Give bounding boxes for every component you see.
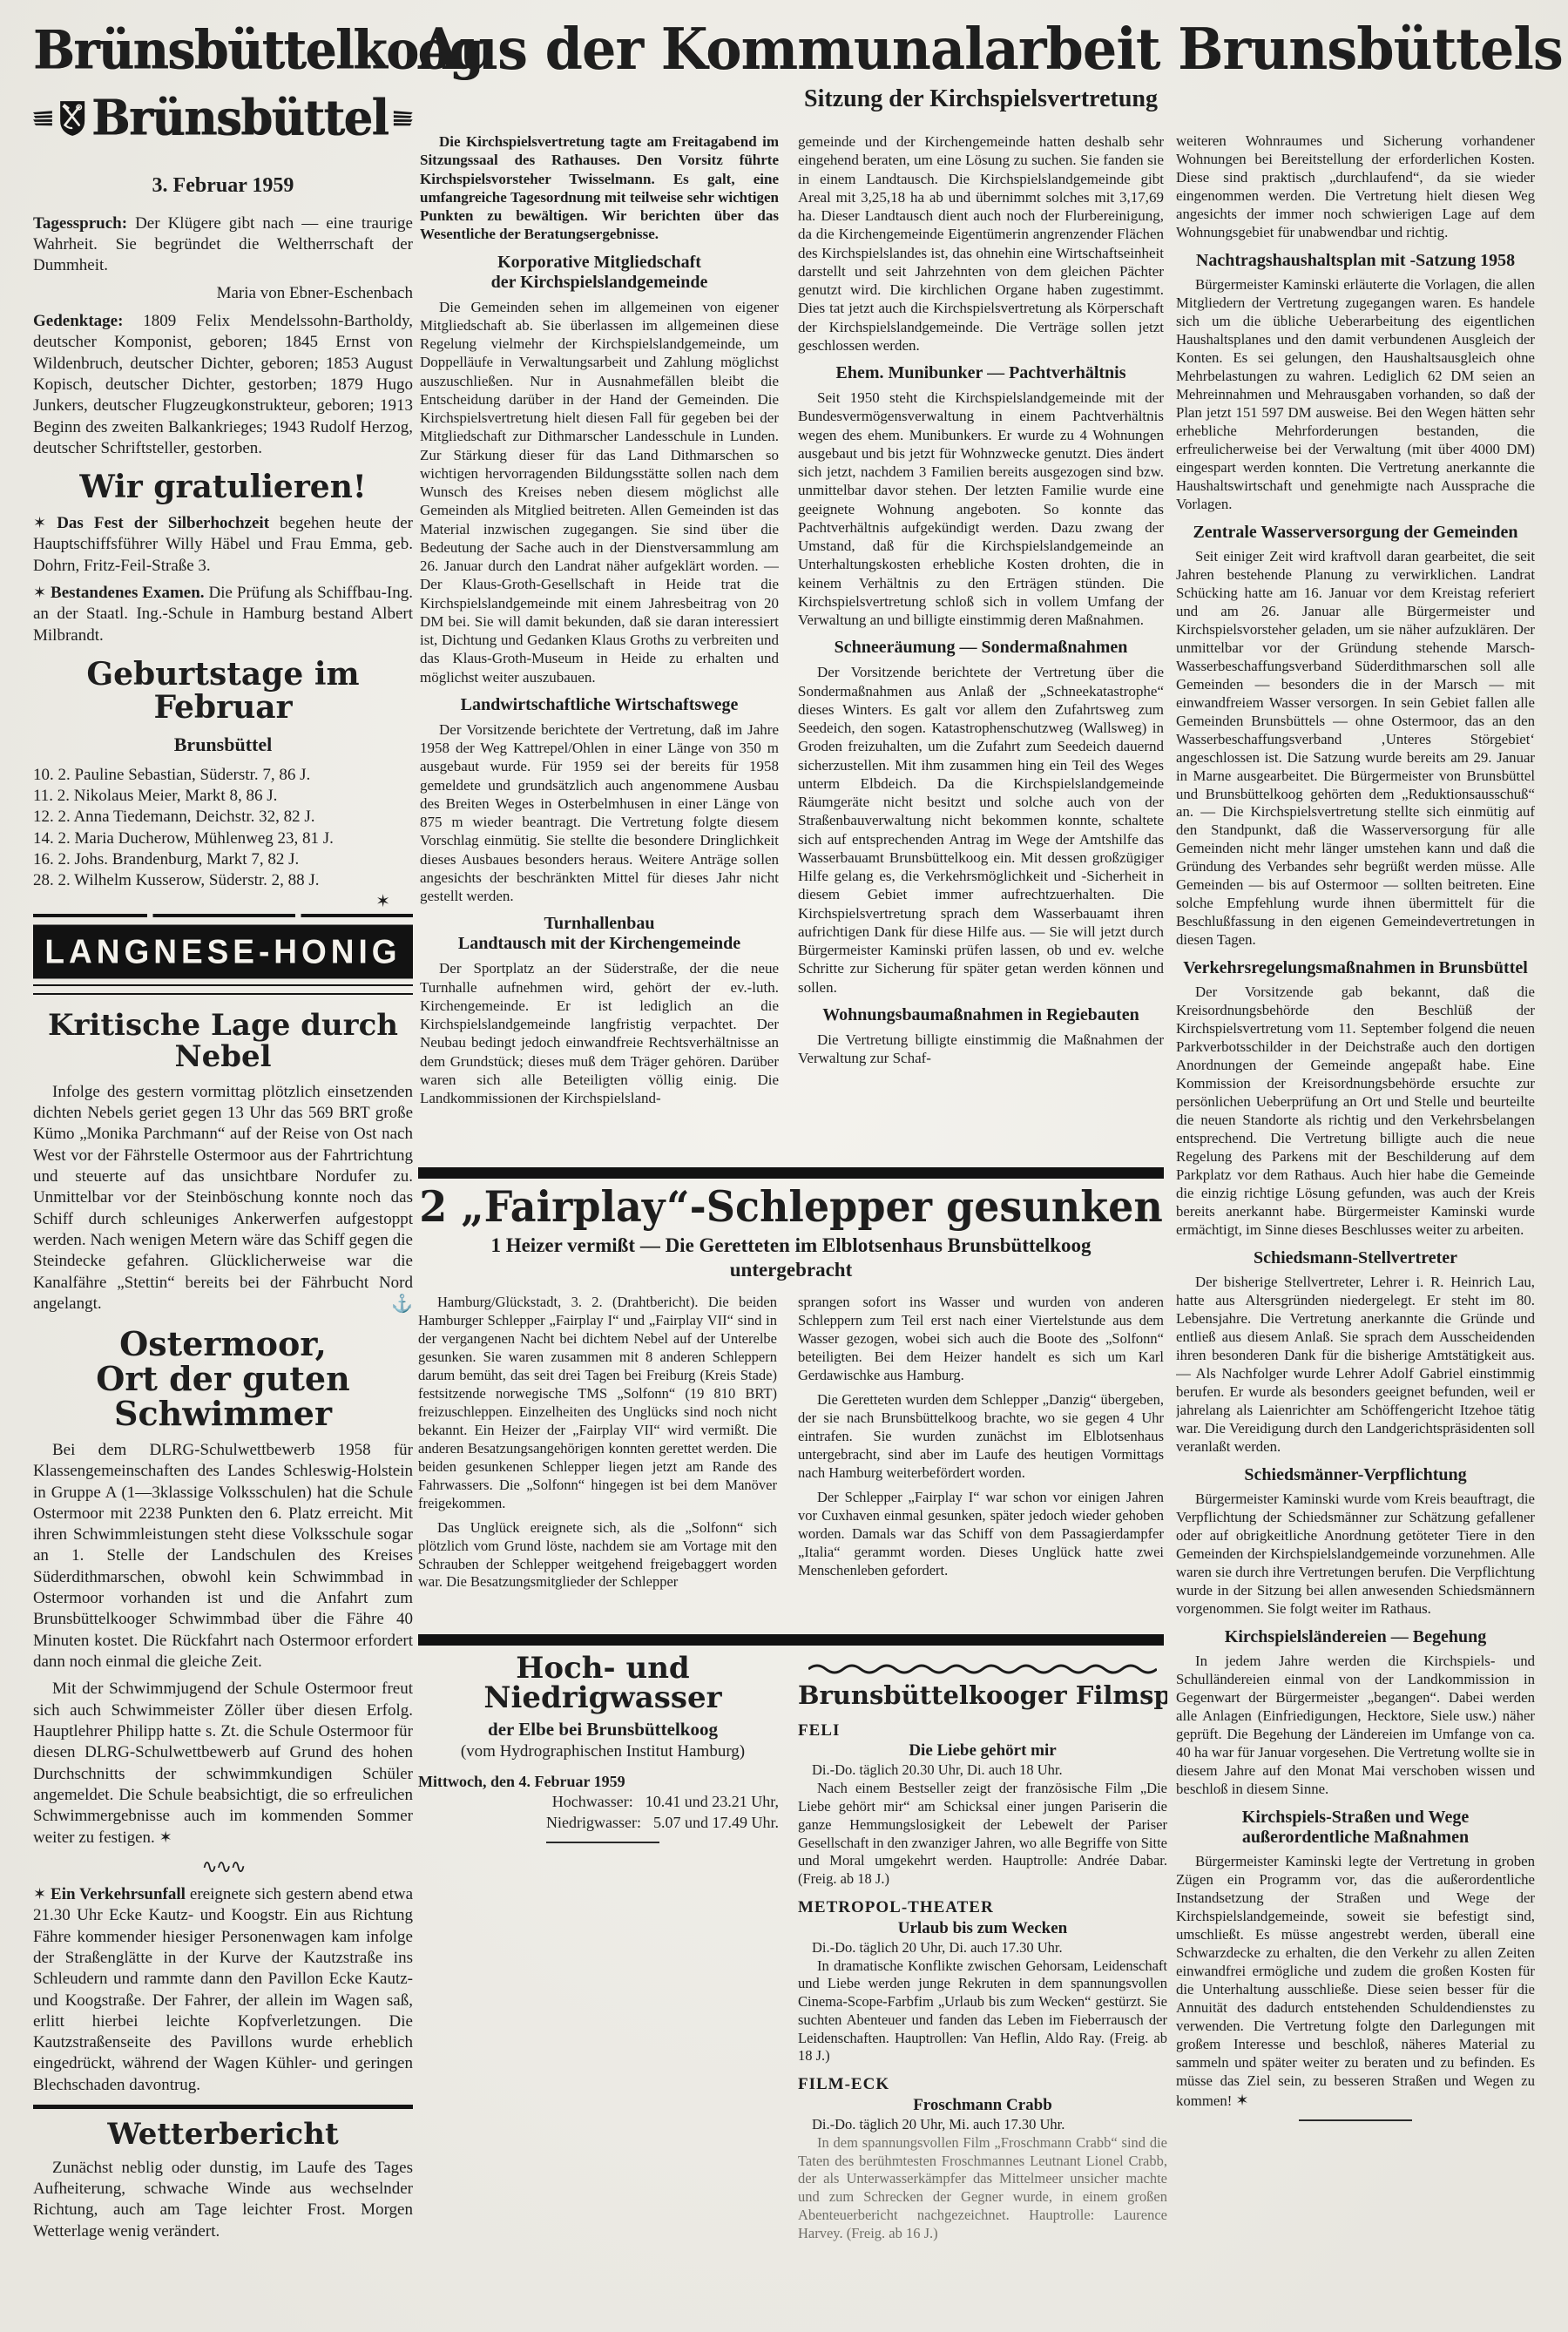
wetter-title: Wetterbericht <box>33 2119 413 2151</box>
star-icon: ✶ <box>33 514 46 531</box>
section-heading: Landwirtschaftliche Wirtschaftswege <box>420 695 779 715</box>
tide-subtitle2: (vom Hydrographischen Institut Hamburg) <box>418 1741 787 1763</box>
section-heading: Nachtragshaushaltsplan mit -Satzung 1958 <box>1176 251 1535 271</box>
star-icon: ✶ <box>159 1828 172 1846</box>
film-review: In dem spannungsvollen Film „Froschmann … <box>798 2134 1167 2243</box>
fairplay-column-2: sprangen sofort ins Wasser und wurden vo… <box>798 1294 1164 1635</box>
issue-date: 3. Februar 1959 <box>33 172 413 199</box>
main-subhead: Sitzung der Kirchspielsvertretung <box>418 85 1544 113</box>
tide-low-row: Niedrigwasser: 5.07 und 17.49 Uhr. <box>418 1813 787 1833</box>
fairplay-article: 2 „Fairplay“-Schlepper gesunken 1 Heizer… <box>418 1186 1164 1635</box>
section-heading: Ehem. Munibunker — Pachtverhältnis <box>798 363 1164 383</box>
article-paragraph: Seit einiger Zeit wird kraftvoll daran g… <box>1176 548 1535 950</box>
tide-low-value: 5.07 und 17.49 Uhr. <box>653 1813 779 1833</box>
geburtstage-subtitle: Brunsbüttel <box>33 733 413 757</box>
section-heading: Turnhallenbau Landtausch mit der Kirchen… <box>420 914 779 954</box>
divider-double-rule <box>33 984 413 995</box>
heading-line: Turnhallenbau <box>420 914 779 934</box>
ostermoor-title: Ostermoor, Ort der guten Schwimmer <box>33 1327 413 1431</box>
birthday-entry: 12. 2. Anna Tiedemann, Deichstr. 32, 82 … <box>33 807 413 828</box>
masthead-title-line2: Brünsbüttel <box>91 94 388 143</box>
article-paragraph: Bürgermeister Kaminski legte der Vertret… <box>1176 1853 1535 2111</box>
article-paragraph: Bürgermeister Kaminski wurde vom Kreis b… <box>1176 1490 1535 1619</box>
verkehrsunfall: ✶ Ein Verkehrsunfall ereignete sich gest… <box>33 1884 413 2096</box>
film-name: Froschmann Crabb <box>798 2095 1167 2116</box>
fairplay-column-1: Hamburg/Glückstadt, 3. 2. (Drahtbericht)… <box>418 1294 777 1635</box>
film-section: Brunsbüttelkooger Filmspiegel FELI Die L… <box>798 1662 1167 2329</box>
flourish-right-icon <box>393 99 413 138</box>
section-heading: Verkehrsregelungsmaßnahmen in Brunsbütte… <box>1176 958 1535 978</box>
section-heading: Zentrale Wasserversorgung der Gemeinden <box>1176 523 1535 543</box>
birthday-entry: 10. 2. Pauline Sebastian, Süderstr. 7, 8… <box>33 765 413 786</box>
film-times: Di.-Do. täglich 20 Uhr, Mi. auch 17.30 U… <box>798 2116 1167 2134</box>
tide-high-value: 10.41 und 23.21 Uhr, <box>645 1792 779 1812</box>
article-paragraph: sprangen sofort ins Wasser und wurden vo… <box>798 1294 1164 1385</box>
ostermoor-title-line1: Ostermoor, <box>33 1327 413 1362</box>
main-article-header: Aus der Kommunalarbeit Brunsbüttels Sitz… <box>418 23 1544 113</box>
langnese-ad: LANGNESE-HONIG <box>33 925 413 979</box>
tide-high-label: Hochwasser: <box>552 1792 633 1812</box>
divider-rule <box>33 2105 413 2109</box>
article-paragraph: Der Vorsitzende gab bekannt, daß die Kre… <box>1176 983 1535 1240</box>
flourish-left-icon <box>33 99 53 138</box>
article-intro: Die Kirchspielsvertretung tagte am Freit… <box>420 132 779 244</box>
cinema-name: FELI <box>798 1720 1167 1741</box>
section-heading: Schneeräumung — Sondermaßnahmen <box>798 638 1164 658</box>
film-times: Di.-Do. täglich 20 Uhr, Di. auch 17.30 U… <box>798 1939 1167 1957</box>
heading-line: außerordentliche Maßnahmen <box>1176 1828 1535 1848</box>
article-paragraph: Bürgermeister Kaminski erläuterte die Vo… <box>1176 276 1535 514</box>
tide-section: Hoch- und Niedrigwasser der Elbe bei Bru… <box>418 1653 787 1852</box>
nebel-title: Kritische Lage durch Nebel <box>33 1011 413 1072</box>
end-rule <box>546 1842 659 1843</box>
ostermoor-para2-text: Mit der Schwimmjugend der Schule Ostermo… <box>33 1680 413 1846</box>
article-paragraph: Der Sportplatz an der Süderstraße, der d… <box>420 959 779 1107</box>
nebel-text: Infolge des gestern vormittag plötzlich … <box>33 1082 413 1315</box>
birthday-entry: 14. 2. Maria Ducherow, Mühlenweg 23, 81 … <box>33 828 413 849</box>
tagesspruch-label: Tagesspruch: <box>33 214 127 233</box>
geburtstage-title: Geburtstage im Februar <box>33 659 413 725</box>
article-paragraph: Seit 1950 steht die Kirchspielslandgemei… <box>798 389 1164 629</box>
crest-icon <box>58 77 86 160</box>
heading-line: Korporative Mitgliedschaft <box>420 253 779 273</box>
main-headline: Aus der Kommunalarbeit Brunsbüttels <box>418 21 1544 78</box>
film-title: Brunsbüttelkooger Filmspiegel <box>798 1680 1167 1712</box>
film-name: Die Liebe gehört mir <box>798 1741 1167 1761</box>
film-name: Urlaub bis zum Wecken <box>798 1918 1167 1939</box>
fairplay-top-bar <box>418 1167 1164 1179</box>
gedenktage-label: Gedenktage: <box>33 312 123 330</box>
cinema-name: METROPOL-THEATER <box>798 1897 1167 1918</box>
gedenktage-text: 1809 Felix Mendelssohn-Bartholdy, deutsc… <box>33 312 413 457</box>
star-icon: ✶ <box>1236 2092 1249 2109</box>
gratulieren-title: Wir gratulieren! <box>33 471 413 504</box>
heading-line: der Kirchspielslandgemeinde <box>420 273 779 293</box>
gratulieren-item: ✶ Bestandenes Examen. Die Prüfung als Sc… <box>33 583 413 646</box>
article-paragraph: In jedem Jahre werden die Kirchspiels- u… <box>1176 1653 1535 1799</box>
masthead: Brünsbüttelkoog <box>33 26 413 160</box>
article-paragraph: gemeinde und der Kirchengemeinde hatten … <box>798 132 1164 355</box>
tide-date: Mittwoch, den 4. Februar 1959 <box>418 1772 787 1792</box>
tagesspruch-author: Maria von Ebner-Eschenbach <box>33 283 413 304</box>
article-paragraph-text: Bürgermeister Kaminski legte der Vertret… <box>1176 1853 1535 2109</box>
article-paragraph: Die Geretteten wurden dem Schlepper „Dan… <box>798 1391 1164 1483</box>
fairplay-subhead: 1 Heizer vermißt — Die Geretteten im Elb… <box>418 1234 1164 1281</box>
article-column-3: weiteren Wohnraumes und Sicherung vorhan… <box>1176 132 1535 2300</box>
article-paragraph: Hamburg/Glückstadt, 3. 2. (Drahtbericht)… <box>418 1294 777 1512</box>
birthday-entry: 16. 2. Johs. Brandenburg, Markt 7, 82 J. <box>33 849 413 870</box>
masthead-title-line1: Brünsbüttelkoog <box>33 24 413 77</box>
section-heading: Kirchspiels-Straßen und Wege außerordent… <box>1176 1808 1535 1848</box>
anchor-icon: ⚓ <box>372 1294 413 1316</box>
left-rail: Brünsbüttelkoog <box>33 26 413 2248</box>
end-rule <box>1299 2119 1412 2121</box>
gratulieren-lead: Bestandenes Examen. <box>51 584 204 602</box>
fairplay-subhead-line2: untergebracht <box>418 1258 1164 1282</box>
tide-high-row: Hochwasser: 10.41 und 23.21 Uhr, <box>418 1792 787 1812</box>
heading-line: Kirchspiels-Straßen und Wege <box>1176 1808 1535 1828</box>
article-paragraph: Der bisherige Stellvertreter, Lehrer i. … <box>1176 1274 1535 1457</box>
ostermoor-title-line2: Ort der guten Schwimmer <box>33 1362 413 1431</box>
article-paragraph: Die Gemeinden sehen im allgemeinen von e… <box>420 298 779 686</box>
star-icon: ✶ <box>33 1885 46 1903</box>
ostermoor-para2: Mit der Schwimmjugend der Schule Ostermo… <box>33 1679 413 1849</box>
star-icon: ✶ <box>33 584 46 601</box>
article-column-1: Die Kirchspielsvertretung tagte am Freit… <box>420 132 779 1166</box>
gratulieren-item: ✶ Das Fest der Silberhochzeit begehen he… <box>33 513 413 577</box>
verkehrsunfall-lead: Ein Verkehrsunfall <box>51 1885 186 1903</box>
film-times: Di.-Do. täglich 20.30 Uhr, Di. auch 18 U… <box>798 1761 1167 1780</box>
gedenktage: Gedenktage: 1809 Felix Mendelssohn-Barth… <box>33 311 413 459</box>
article-paragraph: Die Vertretung billigte einstimmig die M… <box>798 1031 1164 1068</box>
fairplay-bottom-bar <box>418 1634 1164 1646</box>
section-heading: Schiedsmänner-Verpflichtung <box>1176 1465 1535 1485</box>
fairplay-subhead-line1: 1 Heizer vermißt — Die Geretteten im Elb… <box>418 1234 1164 1258</box>
film-review: In dramatische Konflikte zwischen Gehors… <box>798 1957 1167 2066</box>
article-paragraph: Der Schlepper „Fairplay I“ war schon vor… <box>798 1489 1164 1580</box>
tagesspruch: Tagesspruch: Der Klügere gibt nach — ein… <box>33 213 413 277</box>
tide-subtitle1: der Elbe bei Brunsbüttelkoog <box>418 1718 787 1741</box>
cinema-name: FILM-ECK <box>798 2074 1167 2095</box>
fairplay-headline: 2 „Fairplay“-Schlepper gesunken <box>418 1186 1164 1227</box>
article-column-2: gemeinde und der Kirchengemeinde hatten … <box>798 132 1164 1166</box>
wavy-divider-icon <box>808 1662 1157 1676</box>
article-paragraph: Das Unglück ereignete sich, als die „Sol… <box>418 1519 777 1592</box>
article-paragraph: weiteren Wohnraumes und Sicherung vorhan… <box>1176 132 1535 242</box>
nebel-body: Infolge des gestern vormittag plötzlich … <box>33 1083 413 1313</box>
article-paragraph: Der Vorsitzende berichtete der Vertretun… <box>420 720 779 906</box>
divider-rule <box>33 914 413 917</box>
newspaper-page: Brünsbüttelkoog <box>0 0 1568 2332</box>
wetter-text: Zunächst neblig oder dunstig, im Laufe d… <box>33 2158 413 2242</box>
tide-title: Hoch- und Niedrigwasser <box>418 1653 787 1713</box>
gratulieren-lead: Das Fest der Silberhochzeit <box>57 514 269 532</box>
article-paragraph: Der Vorsitzende berichtete der Vertretun… <box>798 663 1164 997</box>
birthday-entry: 28. 2. Wilhelm Kusserow, Süderstr. 2, 88… <box>33 870 413 891</box>
squiggle-divider: ∿∿∿ <box>33 1855 413 1879</box>
section-heading: Schiedsmann-Stellvertreter <box>1176 1248 1535 1268</box>
film-review: Nach einem Bestseller zeigt der französi… <box>798 1780 1167 1889</box>
tide-low-label: Niedrigwasser: <box>546 1813 641 1833</box>
section-heading: Wohnungsbaumaßnahmen in Regiebauten <box>798 1005 1164 1025</box>
heading-line: Landtausch mit der Kirchengemeinde <box>420 934 779 954</box>
star-icon: ✶ <box>33 891 413 914</box>
verkehrsunfall-text: ereignete sich gestern abend etwa 21.30 … <box>33 1885 413 2094</box>
birthday-entry: 11. 2. Nikolaus Meier, Markt 8, 86 J. <box>33 786 413 807</box>
section-heading: Korporative Mitgliedschaft der Kirchspie… <box>420 253 779 293</box>
section-heading: Kirchspielsländereien — Begehung <box>1176 1627 1535 1647</box>
ostermoor-para1: Bei dem DLRG-Schulwettbewerb 1958 für Kl… <box>33 1440 413 1673</box>
